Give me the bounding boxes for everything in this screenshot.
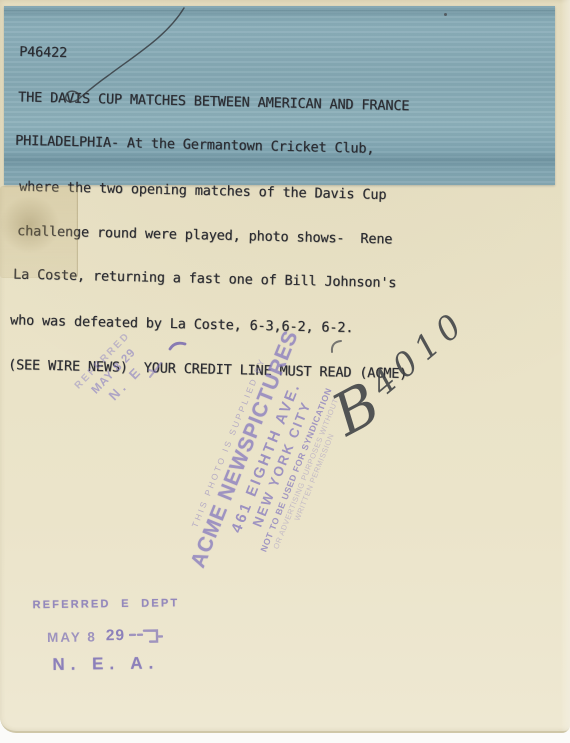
referred-dept-stamp: REFERRED E DEPT MAY 8 29 N. E. A. (32, 597, 213, 676)
date-month-day: MAY 8 (47, 629, 97, 645)
caption-line-2: PHILADELPHIA- At the Germantown Cricket … (15, 134, 414, 158)
photo-id: P46422 (19, 45, 418, 69)
date-box-icon (129, 626, 163, 644)
caption-sheet: P46422 THE DAVIS CUP MATCHES BETWEEN AME… (4, 6, 555, 185)
referred-dept-date: MAY 8 29 (47, 626, 213, 646)
photo-paper: P46422 THE DAVIS CUP MATCHES BETWEEN AME… (0, 0, 570, 733)
date-year: 29 (106, 627, 125, 645)
caption-line-3: where the two opening matches of the Dav… (19, 180, 418, 204)
photo-back-scan: P46422 THE DAVIS CUP MATCHES BETWEEN AME… (0, 0, 570, 743)
ink-dot (444, 13, 447, 16)
tape-stain (0, 186, 78, 278)
referred-dept-org: N. E. A. (52, 653, 213, 675)
referred-dept-title: REFERRED E DEPT (32, 597, 212, 612)
caption-line-6: who was defeated by La Coste, 6-3,6-2, 6… (10, 313, 409, 337)
caption-line-1: THE DAVIS CUP MATCHES BETWEEN AMERICAN A… (18, 90, 417, 114)
